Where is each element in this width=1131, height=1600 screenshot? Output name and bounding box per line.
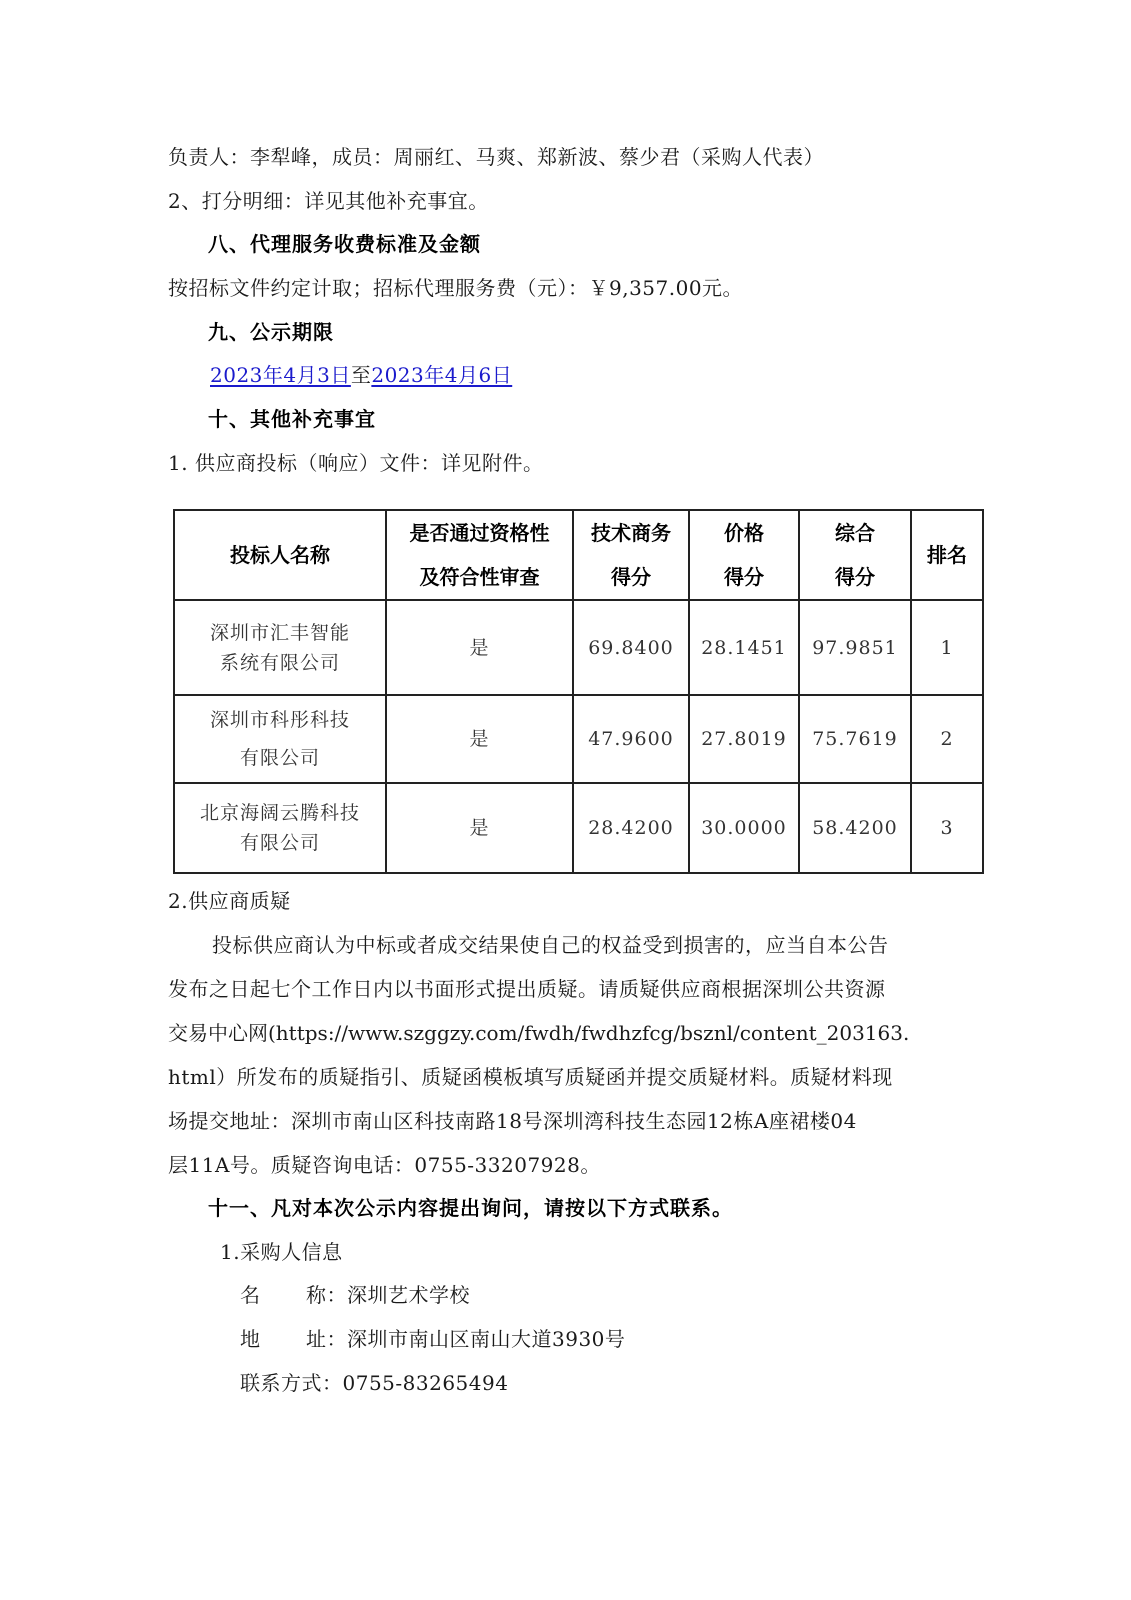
purchaser-contact-value: 0755-83265494 — [343, 1371, 509, 1395]
table-row: 深圳市科彤科技有限公司 是 47.9600 27.8019 75.7619 2 — [174, 695, 983, 783]
header-total-score: 综合得分 — [799, 510, 911, 600]
purchaser-name-label-a: 名 — [240, 1281, 306, 1309]
price-score-cell: 28.1451 — [689, 600, 799, 695]
score-detail-line: 2、打分明细：详见其他补充事宜。 — [168, 187, 489, 215]
rank-cell: 1 — [911, 600, 983, 695]
challenge-paragraph-line-url: 交易中心网(https://www.szggzy.com/fwdh/fwdhzf… — [168, 1019, 909, 1047]
total-score-cell: 97.9851 — [799, 600, 911, 695]
bidder-name-cell: 深圳市汇丰智能系统有限公司 — [174, 600, 386, 695]
period-end-link[interactable]: 2023年4月6日 — [371, 363, 512, 387]
total-score-cell: 75.7619 — [799, 695, 911, 783]
total-score-cell: 58.4200 — [799, 783, 911, 873]
challenge-paragraph-line: 层11A号。质疑咨询电话：0755-33207928。 — [168, 1151, 601, 1179]
table-row: 深圳市汇丰智能系统有限公司 是 69.8400 28.1451 97.9851 … — [174, 600, 983, 695]
qualified-cell: 是 — [386, 600, 573, 695]
purchaser-name-row: 名称：深圳艺术学校 — [240, 1281, 470, 1309]
purchaser-address-label-b: 址： — [306, 1327, 347, 1351]
tech-score-cell: 28.4200 — [573, 783, 689, 873]
section-8-heading: 八、代理服务收费标准及金额 — [208, 230, 481, 258]
header-rank: 排名 — [911, 510, 983, 600]
tech-score-cell: 69.8400 — [573, 600, 689, 695]
header-price-score: 价格得分 — [689, 510, 799, 600]
header-bidder-name: 投标人名称 — [174, 510, 386, 600]
challenge-paragraph-line: html）所发布的质疑指引、质疑函模板填写质疑函并提交质疑材料。质疑材料现 — [168, 1063, 893, 1091]
agency-fee-line: 按招标文件约定计取；招标代理服务费（元）：￥9,357.00元。 — [168, 274, 743, 302]
document-page: 负责人：李犁峰，成员：周丽红、马爽、郑新波、蔡少君（采购人代表） 2、打分明细：… — [0, 0, 1131, 1600]
purchaser-address-label-a: 地 — [240, 1325, 306, 1353]
challenge-paragraph-line: 场提交地址：深圳市南山区科技南路18号深圳湾科技生态园12栋A座裙楼04 — [168, 1107, 857, 1135]
qualified-cell: 是 — [386, 783, 573, 873]
purchaser-name-label-b: 称： — [306, 1283, 347, 1307]
header-qualification-review: 是否通过资格性及符合性审查 — [386, 510, 573, 600]
supplier-challenge-title: 2.供应商质疑 — [168, 887, 291, 915]
purchaser-info-title: 1.采购人信息 — [220, 1238, 343, 1266]
purchaser-contact-row: 联系方式：0755-83265494 — [240, 1369, 508, 1397]
section-10-heading: 十、其他补充事宜 — [208, 405, 376, 433]
challenge-paragraph-line: 发布之日起七个工作日内以书面形式提出质疑。请质疑供应商根据深圳公共资源 — [168, 975, 886, 1003]
challenge-paragraph-line: 投标供应商认为中标或者成交结果使自己的权益受到损害的，应当自本公告 — [212, 931, 889, 959]
period-separator: 至 — [351, 363, 372, 387]
table-row: 北京海阔云腾科技有限公司 是 28.4200 30.0000 58.4200 3 — [174, 783, 983, 873]
purchaser-address-row: 地址：深圳市南山区南山大道3930号 — [240, 1325, 625, 1353]
qualified-cell: 是 — [386, 695, 573, 783]
purchaser-name-value: 深圳艺术学校 — [347, 1283, 470, 1307]
rank-cell: 3 — [911, 783, 983, 873]
table-header-row: 投标人名称 是否通过资格性及符合性审查 技术商务得分 价格得分 综合得分 排名 — [174, 510, 983, 600]
price-score-cell: 27.8019 — [689, 695, 799, 783]
bidder-name-cell: 北京海阔云腾科技有限公司 — [174, 783, 386, 873]
purchaser-address-value: 深圳市南山区南山大道3930号 — [347, 1327, 625, 1351]
tech-score-cell: 47.9600 — [573, 695, 689, 783]
period-start-link[interactable]: 2023年4月3日 — [210, 363, 351, 387]
section-11-heading: 十一、凡对本次公示内容提出询问，请按以下方式联系。 — [208, 1194, 733, 1222]
bidder-name-cell: 深圳市科彤科技有限公司 — [174, 695, 386, 783]
purchaser-contact-label: 联系方式： — [240, 1371, 343, 1395]
price-score-cell: 30.0000 — [689, 783, 799, 873]
header-tech-business-score: 技术商务得分 — [573, 510, 689, 600]
publicity-period: 2023年4月3日至2023年4月6日 — [210, 361, 512, 389]
bid-documents-line: 1. 供应商投标（响应）文件：详见附件。 — [168, 449, 543, 477]
evaluation-committee-line: 负责人：李犁峰，成员：周丽红、马爽、郑新波、蔡少君（采购人代表） — [168, 143, 824, 171]
bid-results-table: 投标人名称 是否通过资格性及符合性审查 技术商务得分 价格得分 综合得分 排名 … — [173, 509, 984, 874]
section-9-heading: 九、公示期限 — [208, 318, 334, 346]
rank-cell: 2 — [911, 695, 983, 783]
